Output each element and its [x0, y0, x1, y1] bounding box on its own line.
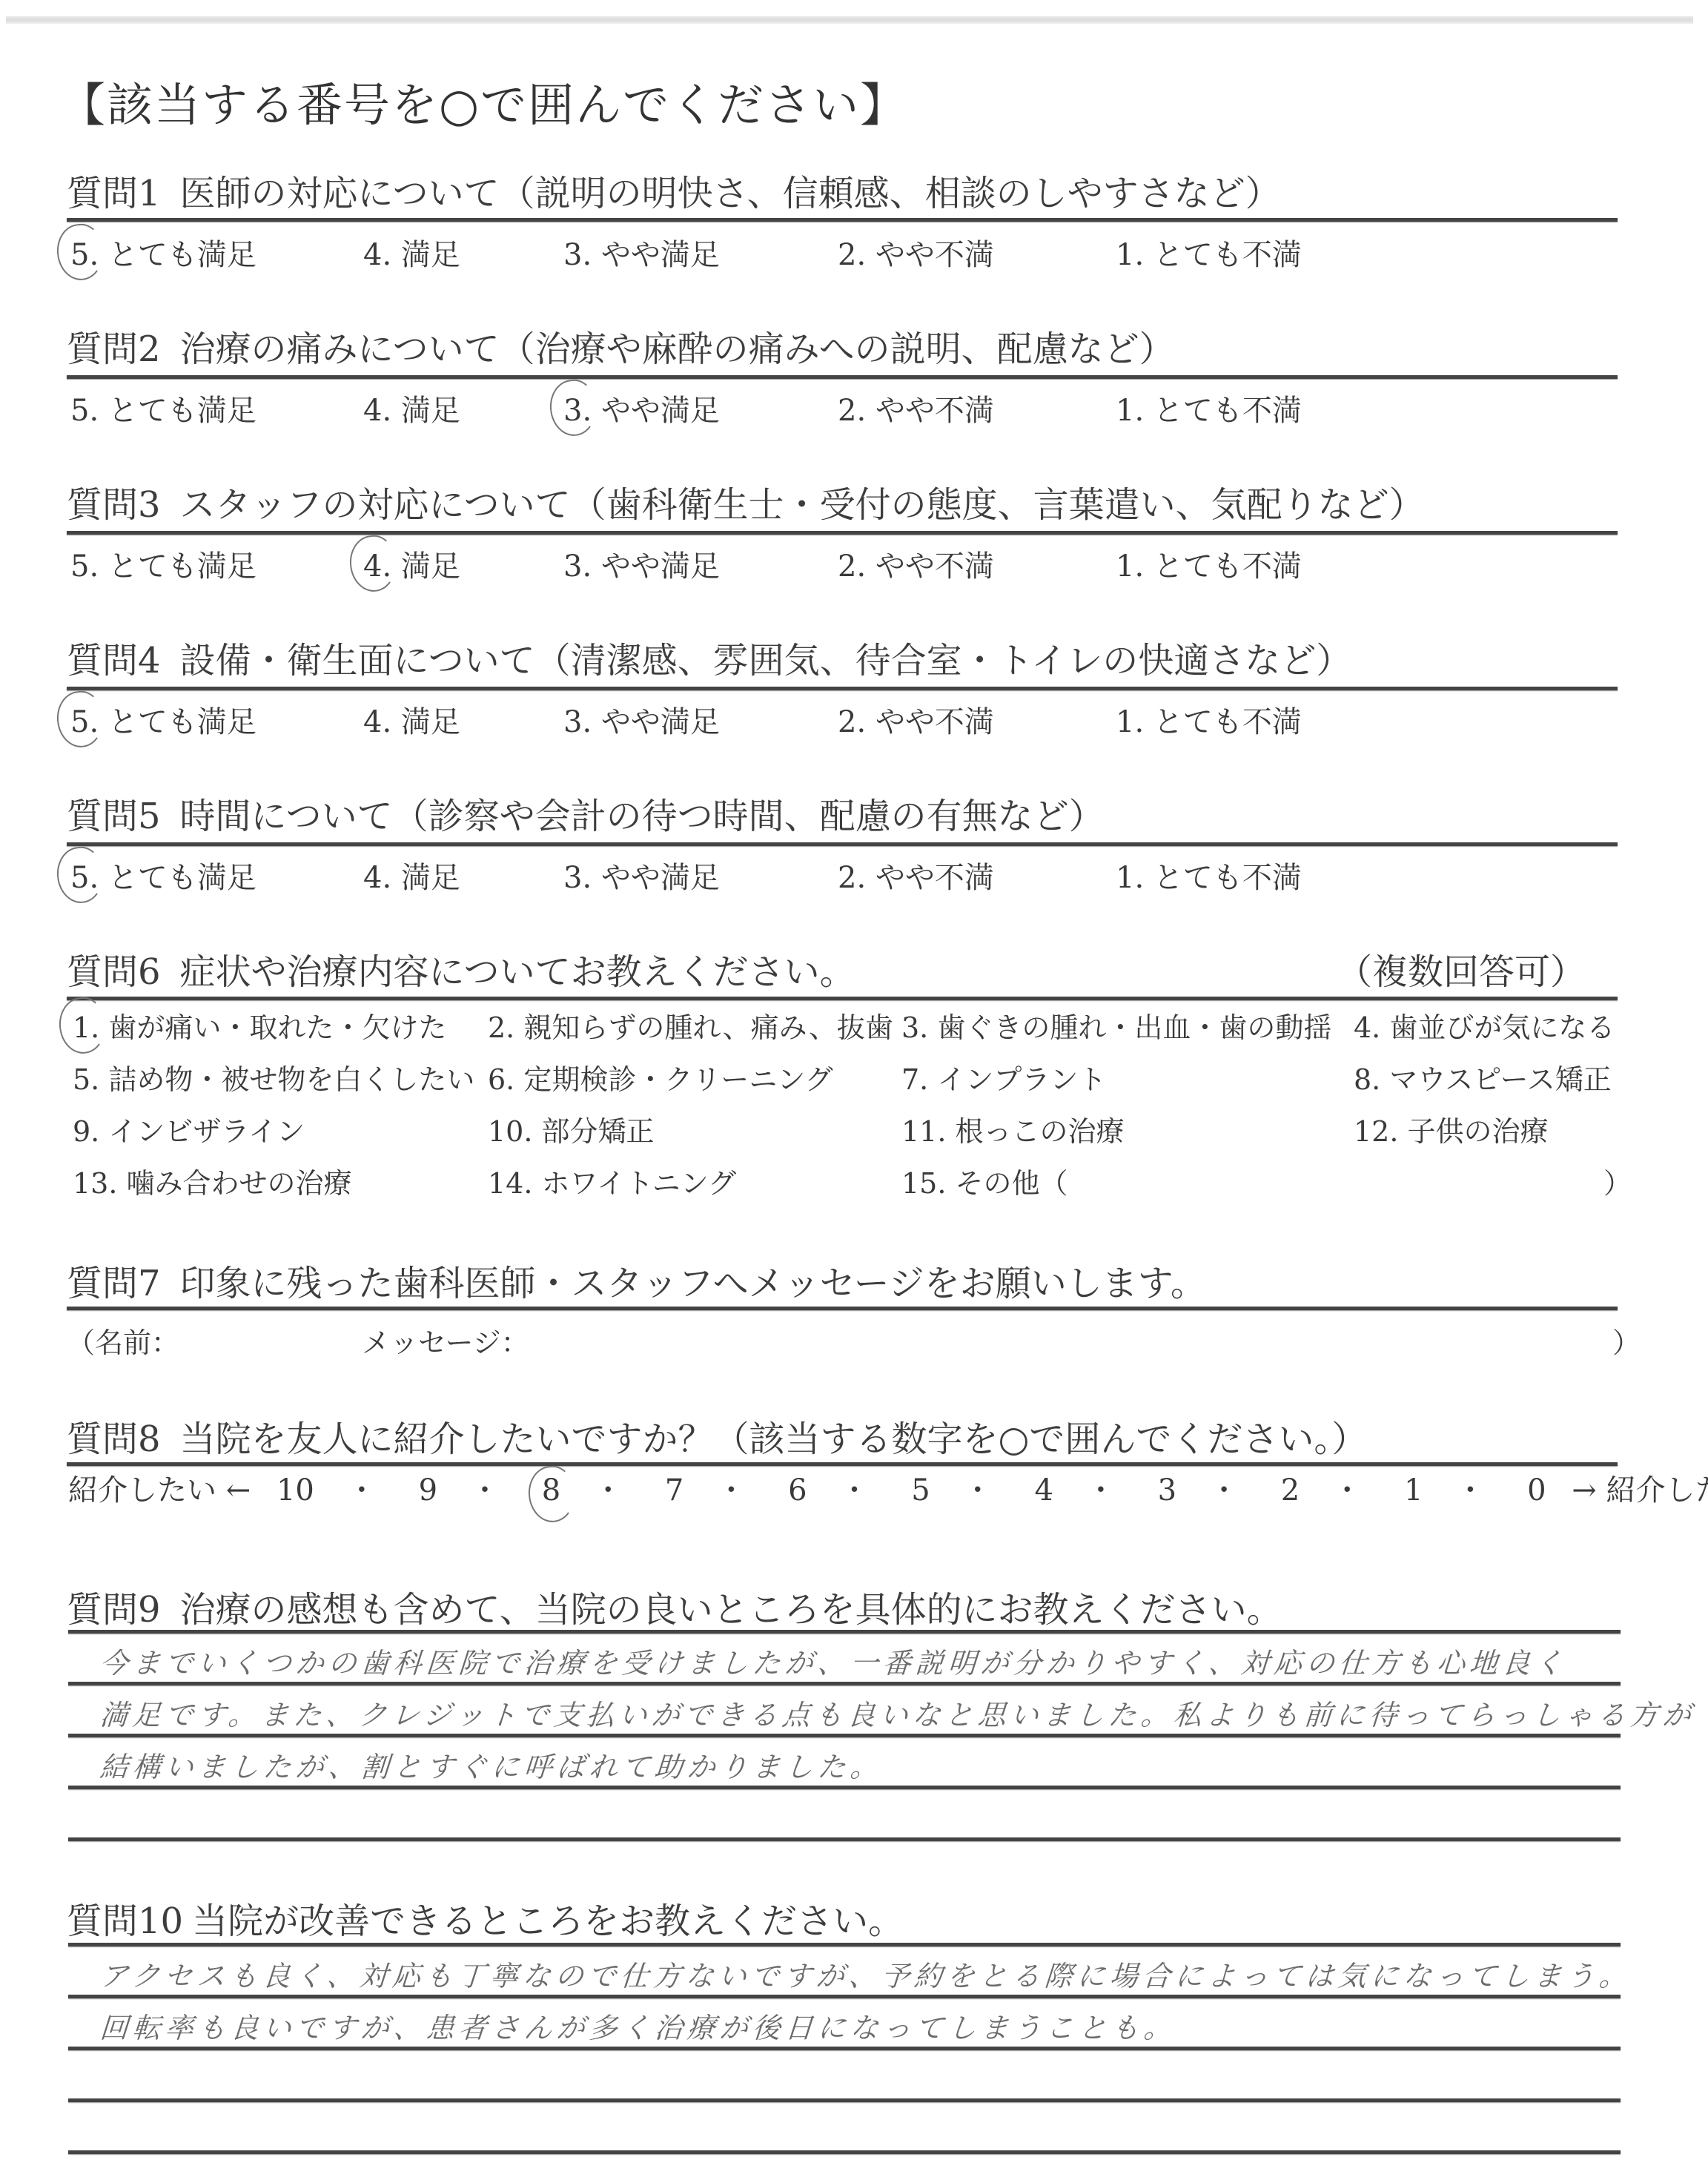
option-4[interactable]: 4. 満足 — [363, 387, 460, 429]
question-8-heading: 質問8当院を友人に紹介したいですか？（該当する数字を○で囲んでください。） — [67, 1410, 1367, 1462]
checkbox-option-14[interactable]: 14. ホワイトニング — [488, 1160, 736, 1201]
question-text: スタッフの対応について（歯科衛生士・受付の態度、言葉遣い、気配りなど） — [180, 484, 1425, 526]
question-4-heading: 質問4設備・衛生面について（清潔感、雰囲気、待合室・トイレの快適さなど） — [67, 632, 1351, 683]
divider — [67, 375, 1618, 379]
question-text: 設備・衛生面について（清潔感、雰囲気、待合室・トイレの快適さなど） — [180, 640, 1352, 681]
divider — [67, 1462, 1618, 1466]
answer-line — [68, 1734, 1621, 1737]
question-9-heading: 質問9治療の感想も含めて、当院の良いところを具体的にお教えください。 — [67, 1581, 1282, 1632]
answer-line — [68, 1943, 1621, 1946]
answer-line — [68, 1837, 1621, 1841]
question-number: 質問6 — [67, 951, 161, 993]
separator: ・ — [716, 1467, 746, 1509]
answer-text-line-1[interactable]: アクセスも良く、対応も丁寧なので仕方ないですが、予約をとる際に場合によっては気に… — [99, 1953, 1633, 1994]
name-label: （名前： — [67, 1320, 179, 1361]
divider — [67, 531, 1618, 535]
option-4[interactable]: 4. 満足 — [363, 698, 460, 741]
question-text: 治療の感想も含めて、当院の良いところを具体的にお教えください。 — [180, 1589, 1282, 1631]
scale-4[interactable]: 4 — [1034, 1473, 1053, 1507]
option-4-selected[interactable]: 4. 満足 — [363, 543, 460, 585]
option-3[interactable]: 3. やや満足 — [563, 854, 720, 896]
recommend-scale: 紹介したい ← 10・ 9・ 8・ 7・ 6・ 5・ 4・ 3・ 2・ 1・ 0… — [68, 1467, 1708, 1509]
separator: ・ — [1086, 1467, 1116, 1509]
page-title: 【該当する番号を○で囲んでください】 — [59, 68, 907, 134]
checkbox-option-3[interactable]: 3. 歯ぐきの腫れ・出血・歯の動揺 — [901, 1005, 1331, 1046]
message-field[interactable] — [541, 1320, 1579, 1353]
question-text: 時間について（診察や会計の待つ時間、配慮の有無など） — [180, 796, 1105, 837]
option-2[interactable]: 2. やや不満 — [838, 231, 994, 274]
separator: ・ — [840, 1467, 870, 1509]
separator: ・ — [963, 1467, 993, 1509]
scale-8-selected[interactable]: 8 — [542, 1473, 560, 1507]
answer-text-line-3[interactable]: 結構いましたが、割とすぐに呼ばれて助かりました。 — [99, 1744, 884, 1785]
option-2[interactable]: 2. やや不満 — [838, 387, 994, 429]
question-text: 医師の対応について（説明の明快さ、信頼感、相談のしやすさなど） — [180, 173, 1281, 214]
separator: ・ — [1209, 1467, 1239, 1509]
question-number: 質問2 — [67, 328, 161, 370]
checkbox-option-6[interactable]: 6. 定期検診・クリーニング — [488, 1057, 833, 1097]
answer-text-line-1[interactable]: 今までいくつかの歯科医院で治療を受けましたが、一番説明が分かりやすく、対応の仕方… — [99, 1640, 1569, 1681]
question-5-heading: 質問5時間について（診察や会計の待つ時間、配慮の有無など） — [67, 787, 1105, 839]
separator: ・ — [347, 1467, 377, 1509]
divider — [67, 218, 1618, 222]
checkbox-option-8[interactable]: 8. マウスピース矯正 — [1354, 1057, 1612, 1097]
recommend-right-label: → 紹介したくない — [1572, 1467, 1708, 1509]
answer-line — [68, 1995, 1621, 1998]
option-1[interactable]: 1. とても不満 — [1116, 698, 1302, 741]
checkbox-option-9[interactable]: 9. インビザライン — [73, 1109, 305, 1149]
option-1[interactable]: 1. とても不満 — [1116, 543, 1302, 585]
question-3-heading: 質問3スタッフの対応について（歯科衛生士・受付の態度、言葉遣い、気配りなど） — [67, 476, 1425, 527]
separator: ・ — [470, 1467, 500, 1509]
option-1[interactable]: 1. とても不満 — [1116, 854, 1302, 896]
multiple-answers-note: （複数回答可） — [1337, 943, 1586, 994]
question-text: 治療の痛みについて（治療や麻酔の痛みへの説明、配慮など） — [180, 328, 1175, 370]
answer-text-line-2[interactable]: 回転率も良いですが、患者さんが多く治療が後日になってしまうことも。 — [99, 2005, 1178, 2046]
scale-10[interactable]: 10 — [277, 1473, 314, 1507]
question-number: 質問9 — [67, 1589, 161, 1631]
recommend-left-label: 紹介したい ← — [68, 1467, 251, 1509]
question-number: 質問7 — [67, 1263, 161, 1304]
scan-edge — [6, 16, 1693, 24]
checkbox-option-1-selected[interactable]: 1. 歯が痛い・取れた・欠けた — [73, 1005, 446, 1046]
option-5[interactable]: 5. とても満足 — [70, 387, 256, 429]
option-2[interactable]: 2. やや不満 — [838, 543, 994, 585]
checkbox-option-13[interactable]: 13. 噛み合わせの治療 — [73, 1160, 352, 1201]
option-5-selected[interactable]: 5. とても満足 — [70, 854, 256, 896]
scale-5[interactable]: 5 — [911, 1473, 930, 1507]
answer-line — [68, 2098, 1621, 2102]
checkbox-option-2[interactable]: 2. 親知らずの腫れ、痛み、抜歯 — [488, 1005, 893, 1046]
question-number: 質問3 — [67, 484, 161, 526]
scale-6[interactable]: 6 — [788, 1473, 807, 1507]
question-6-heading: 質問6症状や治療内容についてお教えください。 — [67, 943, 855, 994]
question-10-heading: 質問10当院が改善できるところをお教えください。 — [67, 1892, 904, 1943]
answer-line — [68, 1786, 1621, 1789]
answer-line — [68, 1630, 1621, 1634]
question-number: 質問5 — [67, 796, 161, 837]
question-number: 質問10 — [67, 1900, 183, 1942]
checkbox-option-5[interactable]: 5. 詰め物・被せ物を白くしたい — [73, 1057, 474, 1097]
scale-7[interactable]: 7 — [665, 1473, 683, 1507]
scale-0[interactable]: 0 — [1527, 1473, 1546, 1507]
question-number: 質問8 — [67, 1418, 161, 1460]
close-paren: ） — [1612, 1320, 1641, 1361]
question-number: 質問1 — [67, 173, 161, 214]
message-label: メッセージ： — [362, 1320, 529, 1361]
option-4[interactable]: 4. 満足 — [363, 854, 460, 896]
option-1[interactable]: 1. とても不満 — [1116, 231, 1302, 274]
option-4[interactable]: 4. 満足 — [363, 231, 460, 274]
question-text: 症状や治療内容についてお教えください。 — [180, 951, 855, 993]
scale-9[interactable]: 9 — [419, 1473, 437, 1507]
checkbox-option-4[interactable]: 4. 歯並びが気になる — [1354, 1005, 1615, 1046]
question-2-heading: 質問2治療の痛みについて（治療や麻酔の痛みへの説明、配慮など） — [67, 320, 1175, 371]
answer-text-line-2[interactable]: 満足です。また、クレジットで支払いができる点も良いなと思いました。私よりも前に待… — [99, 1692, 1697, 1733]
question-text: 当院が改善できるところをお教えください。 — [192, 1900, 904, 1942]
option-5-selected[interactable]: 5. とても満足 — [70, 698, 256, 741]
divider — [67, 842, 1618, 846]
scale-2[interactable]: 2 — [1281, 1473, 1300, 1507]
answer-line — [68, 1682, 1621, 1685]
scale-3[interactable]: 3 — [1158, 1473, 1176, 1507]
option-5[interactable]: 5. とても満足 — [70, 543, 256, 585]
option-3-selected[interactable]: 3. やや満足 — [563, 387, 720, 429]
option-3[interactable]: 3. やや満足 — [563, 543, 720, 585]
option-1[interactable]: 1. とても不満 — [1116, 387, 1302, 429]
question-7-heading: 質問7印象に残った歯科医師・スタッフへメッセージをお願いします。 — [67, 1255, 1206, 1306]
separator: ・ — [1455, 1467, 1485, 1509]
checkbox-option-12[interactable]: 12. 子供の治療 — [1354, 1109, 1549, 1149]
checkbox-option-15-other[interactable]: 15. その他（ — [901, 1160, 1068, 1201]
question-text: 印象に残った歯科医師・スタッフへメッセージをお願いします。 — [180, 1263, 1206, 1304]
option-2[interactable]: 2. やや不満 — [838, 854, 994, 896]
answer-line — [68, 2150, 1621, 2154]
checkbox-option-11[interactable]: 11. 根っこの治療 — [901, 1109, 1125, 1149]
option-3[interactable]: 3. やや満足 — [563, 231, 720, 274]
question-text: 当院を友人に紹介したいですか？（該当する数字を○で囲んでください。） — [180, 1418, 1368, 1460]
question-number: 質問4 — [67, 640, 161, 681]
scale-1[interactable]: 1 — [1404, 1473, 1423, 1507]
divider — [67, 1307, 1618, 1310]
option-3[interactable]: 3. やや満足 — [563, 698, 720, 741]
divider — [67, 997, 1618, 1000]
option-2[interactable]: 2. やや不満 — [838, 698, 994, 741]
other-close-paren: ） — [1603, 1160, 1632, 1201]
name-field[interactable] — [171, 1320, 393, 1353]
divider — [67, 687, 1618, 690]
checkbox-option-7[interactable]: 7. インプラント — [901, 1057, 1106, 1097]
option-5-selected[interactable]: 5. とても満足 — [70, 231, 256, 274]
checkbox-option-10[interactable]: 10. 部分矯正 — [488, 1109, 655, 1149]
separator: ・ — [1332, 1467, 1362, 1509]
question-1-heading: 質問1医師の対応について（説明の明快さ、信頼感、相談のしやすさなど） — [67, 165, 1281, 216]
answer-line — [68, 2047, 1621, 2050]
separator: ・ — [593, 1467, 623, 1509]
